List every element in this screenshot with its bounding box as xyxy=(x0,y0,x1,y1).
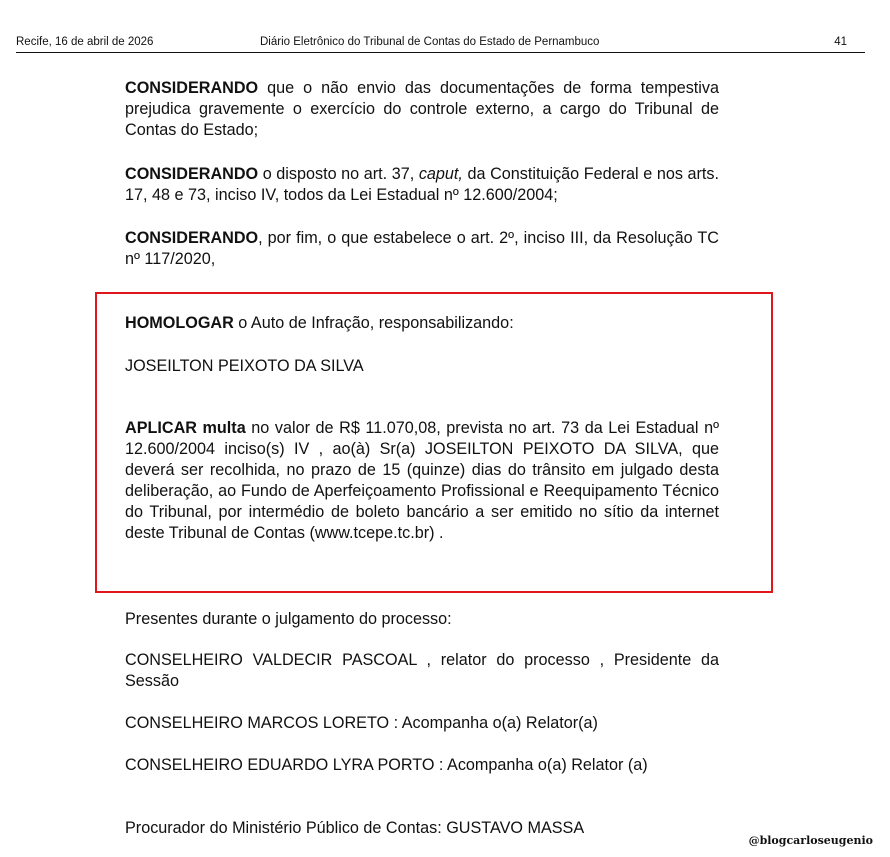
header-title: Diário Eletrônico do Tribunal de Contas … xyxy=(260,36,599,48)
homologar-paragraph: HOMOLOGAR o Auto de Infração, responsabi… xyxy=(125,313,719,334)
presente-item: CONSELHEIRO EDUARDO LYRA PORTO : Acompan… xyxy=(125,755,719,776)
responsavel-name: JOSEILTON PEIXOTO DA SILVA xyxy=(125,356,719,377)
considerando-1: CONSIDERANDO que o não envio das documen… xyxy=(125,78,719,141)
aplicar-paragraph: APLICAR multa no valor de R$ 11.070,08, … xyxy=(125,418,719,544)
considerando-2: CONSIDERANDO o disposto no art. 37, capu… xyxy=(125,164,719,206)
presentes-heading: Presentes durante o julgamento do proces… xyxy=(125,609,719,630)
header-date: Recife, 16 de abril de 2026 xyxy=(16,36,153,48)
watermark: @blogcarloseugenio xyxy=(749,834,873,847)
page-header: Recife, 16 de abril de 2026 Diário Eletr… xyxy=(16,36,865,53)
presente-item: CONSELHEIRO MARCOS LORETO : Acompanha o(… xyxy=(125,713,719,734)
considerando-lead: CONSIDERANDO xyxy=(125,229,258,247)
procurador-line: Procurador do Ministério Público de Cont… xyxy=(125,818,719,839)
considerando-lead: CONSIDERANDO xyxy=(125,79,258,97)
presente-item: CONSELHEIRO VALDECIR PASCOAL , relator d… xyxy=(125,650,719,692)
page-number: 41 xyxy=(834,36,847,48)
considerando-3: CONSIDERANDO, por fim, o que estabelece … xyxy=(125,228,719,270)
considerando-lead: CONSIDERANDO xyxy=(125,165,258,183)
